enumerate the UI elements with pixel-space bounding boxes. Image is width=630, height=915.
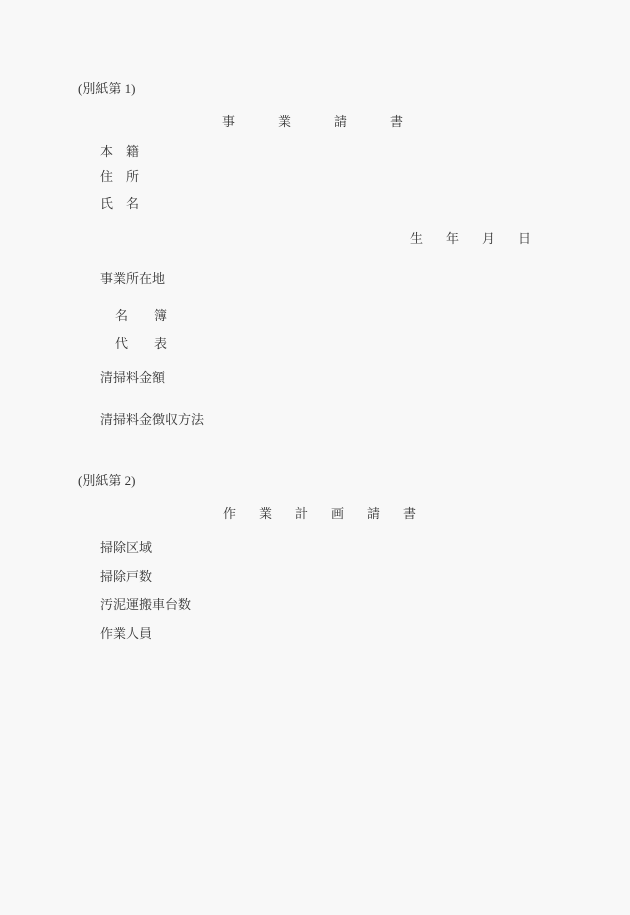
field-soji-kuiki-label: 掃除区域 xyxy=(100,541,152,554)
attachment-1-label: (別紙第 1) xyxy=(78,82,135,95)
field-sagyo-jinin-label: 作業人員 xyxy=(100,627,152,640)
attachment-2-label: (別紙第 2) xyxy=(78,474,135,487)
form-1-title: 事業請書 xyxy=(222,115,446,128)
field-soji-kosu-label: 掃除戸数 xyxy=(100,570,152,583)
field-seisoryokin-choshu-hoho-label: 清掃料金徴収方法 xyxy=(100,413,204,426)
field-seisoryo-kingaku-label: 清掃料金額 xyxy=(100,371,165,384)
field-honseki-label: 本 籍 xyxy=(100,145,139,158)
field-jigyo-shozaichi-label: 事業所在地 xyxy=(100,272,165,285)
document-page: (別紙第 1) 事業請書 本 籍 住 所 氏 名 生 年 月 日 事業所在地 名… xyxy=(0,0,630,915)
field-seinengappi-label: 生 年 月 日 xyxy=(410,232,536,245)
field-jusho-label: 住 所 xyxy=(100,170,139,183)
field-shimei-label: 氏 名 xyxy=(100,197,139,210)
form-2-title: 作業計画請書 xyxy=(223,507,439,520)
field-odei-unpansha-daisu-label: 汚泥運搬車台数 xyxy=(100,598,191,611)
field-daihyo-label: 代 表 xyxy=(115,337,167,350)
field-meibo-label: 名 簿 xyxy=(115,309,167,322)
